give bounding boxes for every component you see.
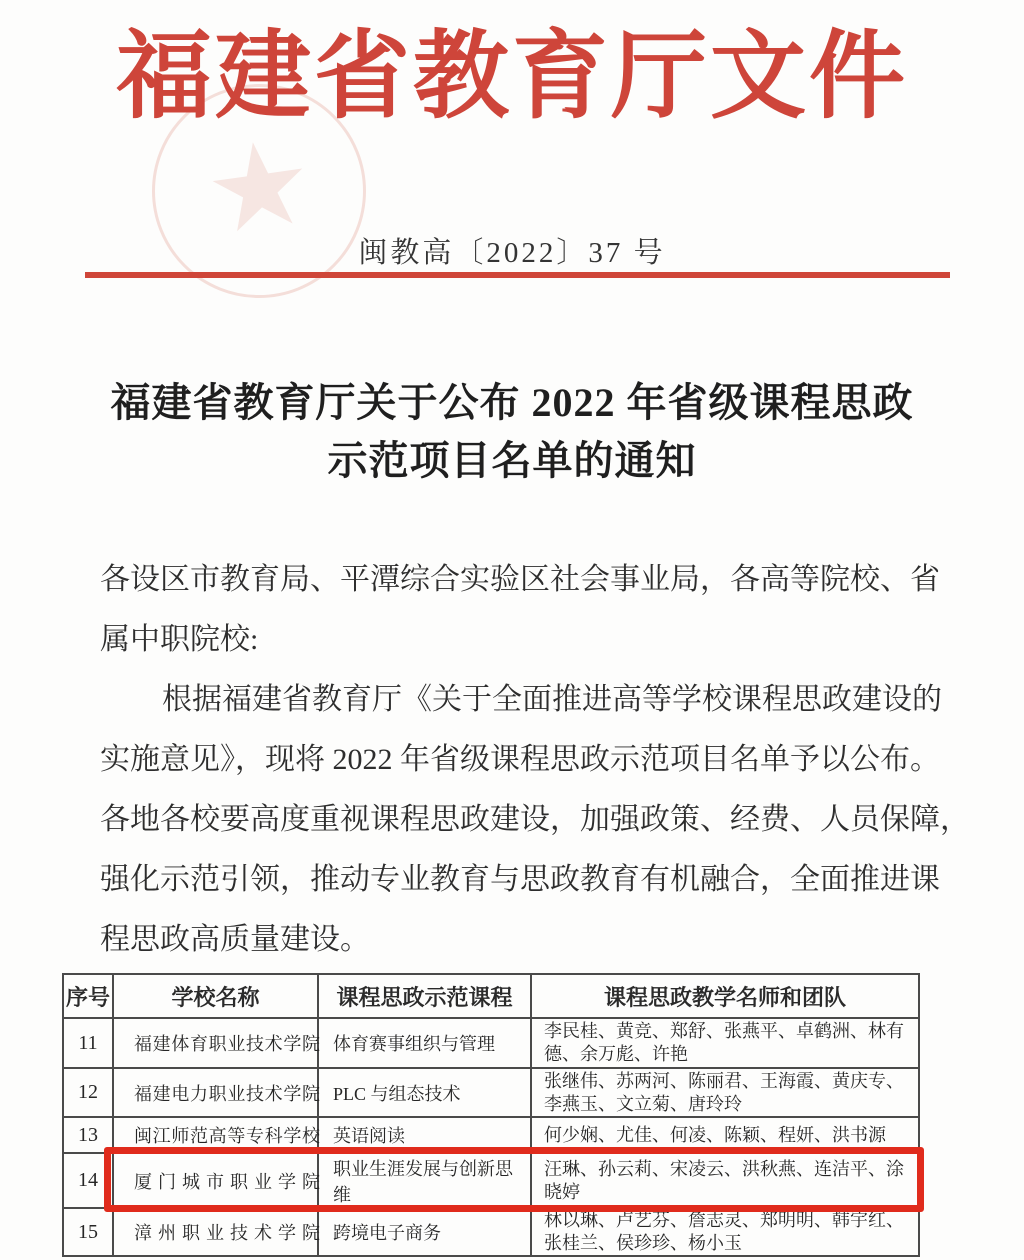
table-row: 12 福建电力职业技术学院 PLC 与组态技术 张继伟、苏两河、陈丽君、王海霞、… xyxy=(63,1068,919,1117)
col-header-team: 课程思政教学名师和团队 xyxy=(531,974,919,1018)
col-header-school: 学校名称 xyxy=(113,974,318,1018)
table-row-highlighted: 14 厦门城市职业学院 职业生涯发展与创新思维 汪琳、孙云莉、宋凌云、洪秋燕、连… xyxy=(63,1153,919,1208)
row-course: 体育赛事组织与管理 xyxy=(318,1018,531,1068)
row-course: PLC 与组态技术 xyxy=(318,1068,531,1117)
row-index: 12 xyxy=(63,1068,113,1117)
document-number: 闽教高〔2022〕37 号 xyxy=(0,230,1024,271)
row-team: 何少娴、尤佳、何凌、陈颖、程妍、洪书源 xyxy=(531,1117,919,1153)
col-header-index: 序号 xyxy=(63,974,113,1018)
table-row: 15 漳州职业技术学院 跨境电子商务 林以琳、卢艺芬、詹志灵、郑明明、韩宇红、张… xyxy=(63,1208,919,1256)
scanned-document-page: ★ 福建省教育厅文件 闽教高〔2022〕37 号 福建省教育厅关于公布 2022… xyxy=(0,0,1024,1260)
row-school: 厦门城市职业学院 xyxy=(113,1153,318,1208)
row-team: 张继伟、苏两河、陈丽君、王海霞、黄庆专、李燕玉、文立菊、唐玲玲 xyxy=(531,1068,919,1117)
body-line: 属中职院校: xyxy=(100,610,936,670)
notice-title-line1: 福建省教育厅关于公布 2022 年省级课程思政 xyxy=(0,374,1024,432)
body-line: 根据福建省教育厅《关于全面推进高等学校课程思政建设的 xyxy=(100,670,936,730)
row-school: 福建电力职业技术学院 xyxy=(113,1068,318,1117)
col-header-course: 课程思政示范课程 xyxy=(318,974,531,1018)
row-team: 汪琳、孙云莉、宋凌云、洪秋燕、连洁平、涂晓婷 xyxy=(531,1153,919,1208)
table-row: 11 福建体育职业技术学院 体育赛事组织与管理 李民桂、黄竞、郑舒、张燕平、卓鹤… xyxy=(63,1018,919,1068)
body-line: 程思政高质量建设。 xyxy=(100,910,936,970)
notice-body: 各设区市教育局、平潭综合实验区社会事业局，各高等院校、省 属中职院校: 根据福建… xyxy=(100,550,936,970)
row-course: 英语阅读 xyxy=(318,1117,531,1153)
row-school: 福建体育职业技术学院 xyxy=(113,1018,318,1068)
letterhead-title: 福建省教育厅文件 xyxy=(0,0,1024,137)
row-school: 漳州职业技术学院 xyxy=(113,1208,318,1256)
body-line: 各设区市教育局、平潭综合实验区社会事业局，各高等院校、省 xyxy=(100,550,936,610)
row-team: 李民桂、黄竞、郑舒、张燕平、卓鹤洲、林有德、余万彪、许艳 xyxy=(531,1018,919,1068)
red-divider-line xyxy=(85,272,950,278)
body-line: 各地各校要高度重视课程思政建设，加强政策、经费、人员保障， xyxy=(100,790,936,850)
body-line: 实施意见》，现将 2022 年省级课程思政示范项目名单予以公布。 xyxy=(100,730,936,790)
row-course: 职业生涯发展与创新思维 xyxy=(318,1153,531,1208)
row-index: 15 xyxy=(63,1208,113,1256)
row-team: 林以琳、卢艺芬、詹志灵、郑明明、韩宇红、张桂兰、侯珍珍、杨小玉 xyxy=(531,1208,919,1256)
row-index: 13 xyxy=(63,1117,113,1153)
row-index: 11 xyxy=(63,1018,113,1068)
notice-title-line2: 示范项目名单的通知 xyxy=(0,432,1024,490)
course-roster-table: 序号 学校名称 课程思政示范课程 课程思政教学名师和团队 11 福建体育职业技术… xyxy=(62,973,920,1257)
row-course: 跨境电子商务 xyxy=(318,1208,531,1256)
body-line: 强化示范引领，推动专业教育与思政教育有机融合，全面推进课 xyxy=(100,850,936,910)
row-index: 14 xyxy=(63,1153,113,1208)
table-header-row: 序号 学校名称 课程思政示范课程 课程思政教学名师和团队 xyxy=(63,974,919,1018)
table-row: 13 闽江师范高等专科学校 英语阅读 何少娴、尤佳、何凌、陈颖、程妍、洪书源 xyxy=(63,1117,919,1153)
notice-title: 福建省教育厅关于公布 2022 年省级课程思政 示范项目名单的通知 xyxy=(0,374,1024,490)
row-school: 闽江师范高等专科学校 xyxy=(113,1117,318,1153)
